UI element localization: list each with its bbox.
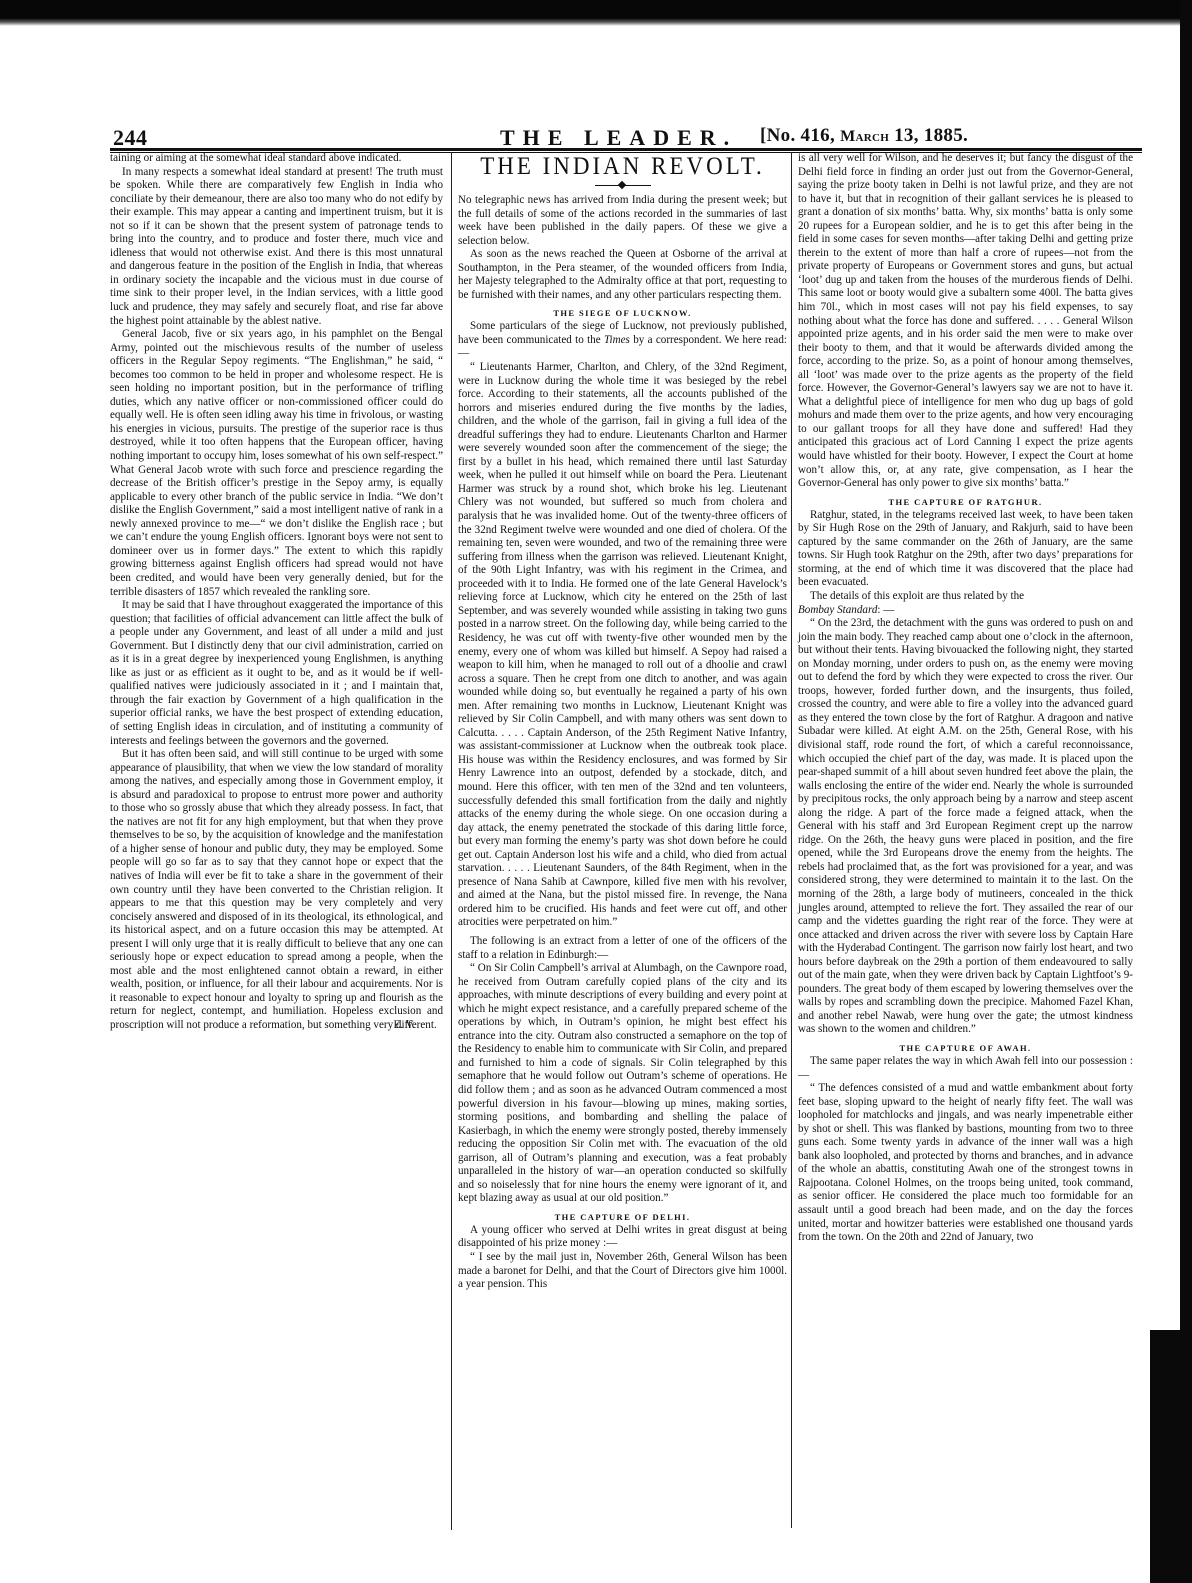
paragraph: “ On the 23rd, the detachment with the g… bbox=[798, 617, 1133, 1037]
paragraph: is all very well for Wilson, and he dese… bbox=[798, 152, 1133, 491]
paragraph: A young officer who served at Delhi writ… bbox=[458, 1224, 787, 1251]
scan-edge-right-lower bbox=[1150, 1330, 1180, 1583]
section-heading: THE SIEGE OF LUCKNOW. bbox=[458, 307, 787, 319]
scan-edge-right bbox=[1180, 0, 1192, 1583]
column-divider bbox=[791, 152, 792, 1528]
paragraph: But it has often been said, and will sti… bbox=[110, 748, 443, 1032]
paragraph: Ratghur, stated, in the telegrams receiv… bbox=[798, 509, 1133, 590]
issue-prefix: [No. 416, bbox=[760, 125, 840, 146]
section-heading: THE CAPTURE OF DELHI. bbox=[458, 1211, 787, 1223]
paragraph: General Jacob, five or six years ago, in… bbox=[110, 328, 443, 599]
publication-name: Bombay Standard bbox=[798, 604, 877, 616]
issue-info: [No. 416, March 13, 1885. bbox=[760, 125, 968, 147]
paragraph: “ On Sir Colin Campbell’s arrival at Alu… bbox=[458, 962, 787, 1206]
publication-name: Times bbox=[604, 334, 630, 346]
section-heading: THE CAPTURE OF RATGHUR. bbox=[798, 496, 1133, 508]
column-right: is all very well for Wilson, and he dese… bbox=[798, 152, 1133, 1245]
text-run: The details of this exploit are thus rel… bbox=[810, 590, 1024, 602]
paragraph: No telegraphic news has arrived from Ind… bbox=[458, 194, 787, 248]
paragraph: “ The defences consisted of a mud and wa… bbox=[798, 1082, 1133, 1245]
paragraph: “ Lieutenants Harmer, Charlton, and Chle… bbox=[458, 361, 787, 930]
paragraph: Some particulars of the siege of Lucknow… bbox=[458, 320, 787, 361]
paragraph: The following is an extract from a lette… bbox=[458, 935, 787, 962]
text-run: : — bbox=[877, 604, 894, 616]
paragraph: “ I see by the mail just in, November 26… bbox=[458, 1251, 787, 1292]
column-divider bbox=[451, 152, 452, 1530]
paragraph: The details of this exploit are thus rel… bbox=[798, 590, 1133, 617]
paragraph: As soon as the news reached the Queen at… bbox=[458, 248, 787, 302]
issue-month: March bbox=[840, 128, 889, 145]
paragraph: The same paper relates the way in which … bbox=[798, 1055, 1133, 1082]
ornament-rule-icon bbox=[595, 182, 651, 188]
newspaper-page: 244 THE LEADER. [No. 416, March 13, 1885… bbox=[110, 0, 1142, 1583]
article-title: THE INDIAN REVOLT. bbox=[458, 150, 787, 181]
paragraph: taining or aiming at the somewhat ideal … bbox=[110, 152, 443, 166]
column-middle: THE INDIAN REVOLT. No telegraphic news h… bbox=[458, 152, 787, 1292]
column-left: taining or aiming at the somewhat ideal … bbox=[110, 152, 443, 1033]
section-heading: THE CAPTURE OF AWAH. bbox=[798, 1042, 1133, 1054]
paragraph: It may be said that I have throughout ex… bbox=[110, 599, 443, 748]
paragraph: In many respects a somewhat ideal standa… bbox=[110, 166, 443, 329]
issue-suffix: 13, 1885. bbox=[889, 125, 968, 146]
